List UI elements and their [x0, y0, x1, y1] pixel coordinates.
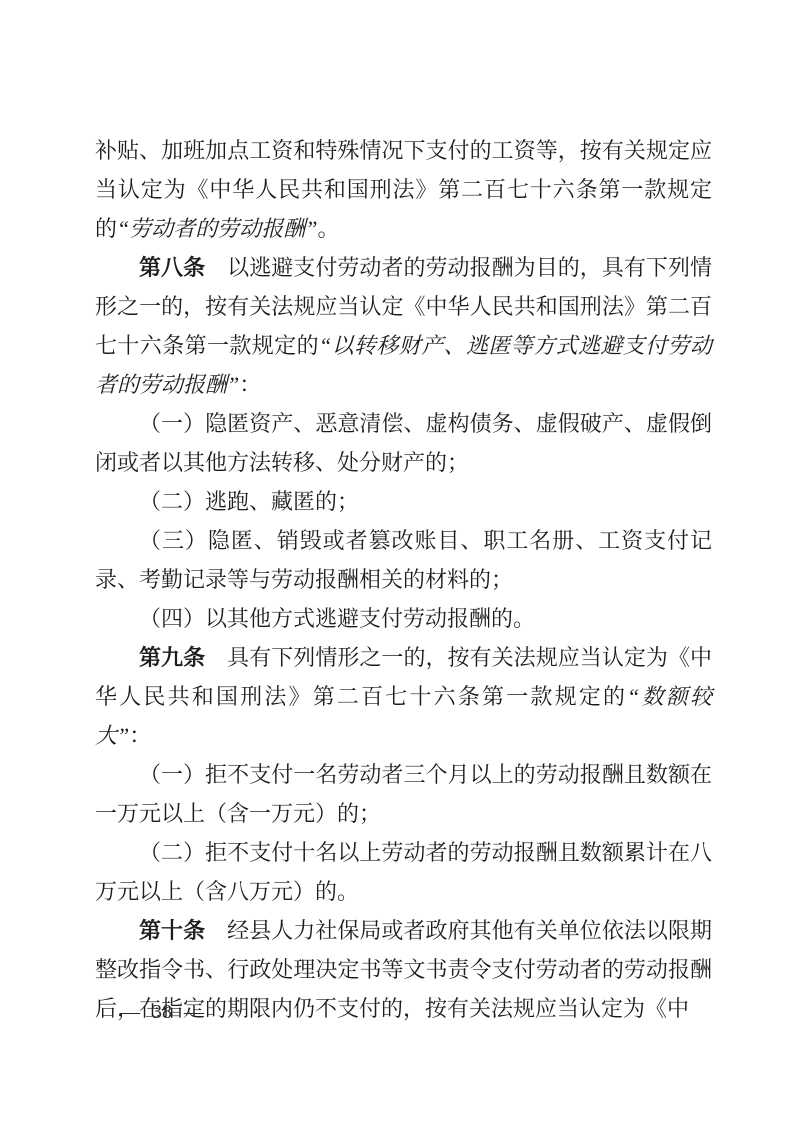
text-run: （一）拒不支付一名劳动者三个月以上的劳动报酬且数额在一万元以上（含一万元）的； — [95, 762, 712, 826]
paragraph-article-9: 第九条 具有下列情形之一的，按有关法规应当认定为《中华人民共和国刑法》第二百七十… — [95, 638, 712, 755]
article-heading: 第八条 — [139, 255, 205, 280]
quoted-term: “劳动者的劳动报酬” — [117, 216, 317, 241]
footer-dash: — — [184, 1001, 204, 1024]
page-number: 38 — [152, 1001, 172, 1024]
text-run: （四）以其他方式逃避支付劳动报酬的。 — [139, 606, 535, 631]
article-heading: 第十条 — [139, 918, 205, 943]
page-footer: — 38 — — [120, 1001, 204, 1024]
paragraph-item-3: （三）隐匿、销毁或者篡改账目、职工名册、工资支付记录、考勤记录等与劳动报酬相关的… — [95, 521, 712, 599]
paragraph-item-1: （一）隐匿资产、恶意清偿、虚构债务、虚假破产、虚假倒闭或者以其他方法转移、处分财… — [95, 404, 712, 482]
document-body: 补贴、加班加点工资和特殊情况下支付的工资等，按有关规定应当认定为《中华人民共和国… — [95, 131, 712, 1028]
text-run: ： — [129, 723, 151, 748]
document-page: 补贴、加班加点工资和特殊情况下支付的工资等，按有关规定应当认定为《中华人民共和国… — [0, 0, 794, 1123]
paragraph-item-4: （四）以其他方式逃避支付劳动报酬的。 — [95, 599, 712, 638]
text-run: ： — [239, 372, 261, 397]
text-run: （三）隐匿、销毁或者篡改账目、职工名册、工资支付记录、考勤记录等与劳动报酬相关的… — [95, 528, 712, 592]
text-run: （二）逃跑、藏匿的； — [139, 489, 359, 514]
text-run: （二）拒不支付十名以上劳动者的劳动报酬且数额累计在八万元以上（含八万元）的。 — [95, 840, 712, 904]
paragraph-item-1: （一）拒不支付一名劳动者三个月以上的劳动报酬且数额在一万元以上（含一万元）的； — [95, 755, 712, 833]
text-run: 。 — [318, 216, 340, 241]
footer-dash: — — [120, 1001, 140, 1024]
paragraph-article-8: 第八条 以逃避支付劳动者的劳动报酬为目的，具有下列情形之一的，按有关法规应当认定… — [95, 248, 712, 404]
paragraph-continuation: 补贴、加班加点工资和特殊情况下支付的工资等，按有关规定应当认定为《中华人民共和国… — [95, 131, 712, 248]
paragraph-item-2: （二）逃跑、藏匿的； — [95, 482, 712, 521]
text-run: （一）隐匿资产、恶意清偿、虚构债务、虚假破产、虚假倒闭或者以其他方法转移、处分财… — [95, 411, 712, 475]
paragraph-item-2: （二）拒不支付十名以上劳动者的劳动报酬且数额累计在八万元以上（含八万元）的。 — [95, 833, 712, 911]
article-heading: 第九条 — [139, 645, 205, 670]
